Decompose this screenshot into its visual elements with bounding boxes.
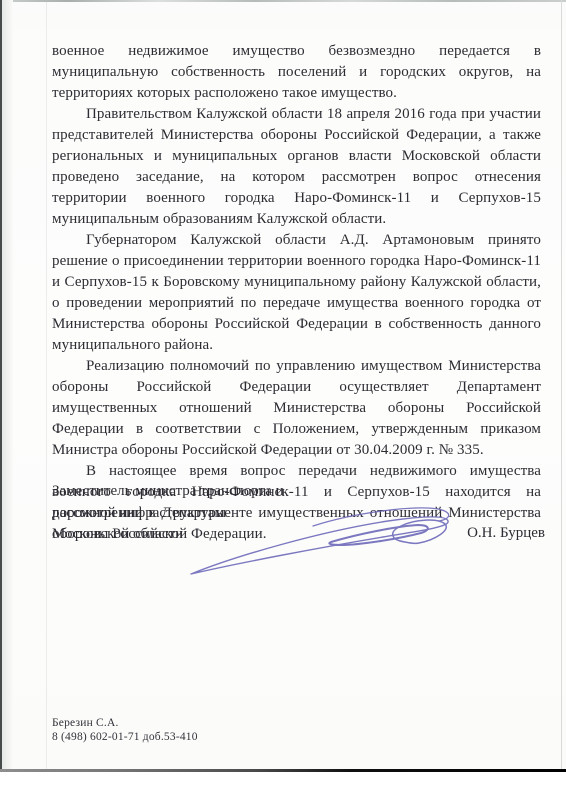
paper-fold-line — [46, 0, 47, 770]
paragraph: Реализацию полномочий по управлению имущ… — [52, 356, 541, 461]
scan-background-bottom — [0, 772, 566, 800]
scanned-letter-page: военное недвижимое имущество безвозмездн… — [0, 0, 566, 800]
scan-shadow-left — [2, 0, 13, 770]
scan-edge-right — [561, 0, 562, 770]
paragraph: Губернатором Калужской области А.Д. Арта… — [52, 230, 541, 356]
signer-name: О.Н. Бурцев — [467, 524, 545, 542]
executor-name: Березин С.А. — [52, 717, 198, 731]
paragraph: Правительством Калужской области 18 апре… — [52, 104, 541, 230]
executor-footer: Березин С.А. 8 (498) 602-01-71 доб.53-41… — [52, 717, 198, 744]
executor-phone: 8 (498) 602-01-71 доб.53-410 — [52, 731, 198, 745]
signature-scribble — [183, 498, 463, 593]
scan-edge-top — [0, 0, 566, 2]
letter-body: военное недвижимое имущество безвозмездн… — [52, 41, 541, 545]
paragraph: военное недвижимое имущество безвозмездн… — [52, 41, 541, 104]
signature-ink-strokes — [191, 508, 449, 574]
